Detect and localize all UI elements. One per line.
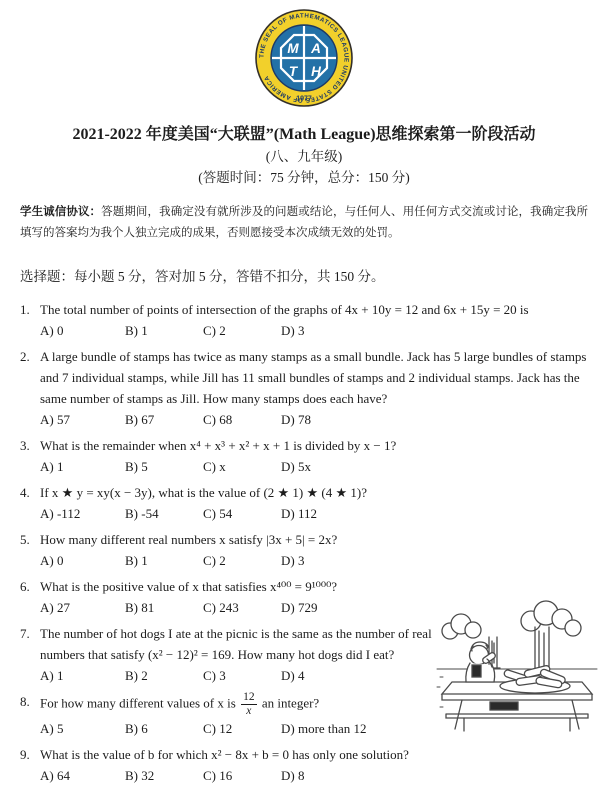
option-a: A) 27 bbox=[40, 597, 125, 618]
question-3: 3.What is the remainder when x⁴ + x³ + x… bbox=[20, 435, 588, 477]
options-row: A) -112 B) -54 C) 54 D) 112 bbox=[40, 503, 588, 524]
option-a: A) 0 bbox=[40, 550, 125, 571]
question-5: 5.How many different real numbers x sati… bbox=[20, 529, 588, 571]
option-d: D) 8 bbox=[281, 765, 588, 786]
cloud-left bbox=[442, 614, 481, 639]
fraction-numerator: 12 bbox=[241, 691, 257, 705]
option-d: D) 3 bbox=[281, 320, 588, 341]
option-a: A) 1 bbox=[40, 665, 125, 686]
picnic-hot-dogs-illustration bbox=[432, 597, 602, 737]
option-a: A) 1 bbox=[40, 456, 125, 477]
question-text: A large bundle of stamps has twice as ma… bbox=[40, 346, 588, 409]
question-text-before-fraction: For how many different values of x is bbox=[40, 695, 239, 710]
question-text: If x ★ y = xy(x − 3y), what is the value… bbox=[40, 482, 588, 503]
seal-letter-m: M bbox=[287, 41, 299, 56]
option-d: D) 112 bbox=[281, 503, 588, 524]
options-row: A) 57 B) 67 C) 68 D) 78 bbox=[40, 409, 588, 430]
option-c: C) 54 bbox=[203, 503, 281, 524]
option-c: C) 2 bbox=[203, 550, 281, 571]
seal-letter-a: A bbox=[310, 41, 321, 56]
options-row: A) 0 B) 1 C) 2 D) 3 bbox=[40, 550, 588, 571]
question-1: 1.The total number of points of intersec… bbox=[20, 299, 588, 341]
question-number: 7. bbox=[20, 623, 40, 665]
option-a: A) -112 bbox=[40, 503, 125, 524]
option-c: C) 2 bbox=[203, 320, 281, 341]
logo-wrap: THE SEAL OF MATHEMATICS LEAGUE UNITED ST… bbox=[20, 8, 588, 108]
question-text: What is the value of b for which x² − 8x… bbox=[40, 744, 588, 765]
question-number: 4. bbox=[20, 482, 40, 503]
option-c: C) x bbox=[203, 456, 281, 477]
integrity-text: 答题期间，我确定没有就所涉及的问题或结论，与任何人、用任何方式交流或讨论，我确定… bbox=[20, 206, 588, 239]
seal-year: 1977 bbox=[296, 96, 312, 103]
math-league-seal-icon: THE SEAL OF MATHEMATICS LEAGUE UNITED ST… bbox=[254, 8, 354, 108]
question-number: 3. bbox=[20, 435, 40, 456]
option-b: B) 1 bbox=[125, 320, 203, 341]
option-b: B) 5 bbox=[125, 456, 203, 477]
fraction-12-over-x: 12x bbox=[241, 691, 257, 718]
option-c: C) 3 bbox=[203, 665, 281, 686]
option-b: B) -54 bbox=[125, 503, 203, 524]
options-row: A) 64 B) 32 C) 16 D) 8 bbox=[40, 765, 588, 786]
option-b: B) 81 bbox=[125, 597, 203, 618]
option-b: B) 32 bbox=[125, 765, 203, 786]
question-text: The number of hot dogs I ate at the picn… bbox=[40, 623, 442, 665]
fraction-denominator: x bbox=[246, 705, 251, 718]
option-c: C) 68 bbox=[203, 409, 281, 430]
exam-title: 2021-2022 年度美国“大联盟”(Math League)思维探索第一阶段… bbox=[20, 124, 588, 146]
question-2: 2.A large bundle of stamps has twice as … bbox=[20, 346, 588, 430]
option-c: C) 243 bbox=[203, 597, 281, 618]
option-d: D) 5x bbox=[281, 456, 588, 477]
question-text: How many different real numbers x satisf… bbox=[40, 529, 588, 550]
question-text: The total number of points of intersecti… bbox=[40, 299, 588, 320]
option-a: A) 5 bbox=[40, 718, 125, 739]
question-text-after-fraction: an integer? bbox=[259, 695, 320, 710]
question-number: 8. bbox=[20, 691, 40, 718]
option-b: B) 67 bbox=[125, 409, 203, 430]
option-b: B) 6 bbox=[125, 718, 203, 739]
integrity-statement: 学生诚信协议：答题期间，我确定没有就所涉及的问题或结论，与任何人、用任何方式交流… bbox=[20, 202, 588, 244]
options-row: A) 0 B) 1 C) 2 D) 3 bbox=[40, 320, 588, 341]
integrity-label: 学生诚信协议： bbox=[20, 206, 101, 218]
question-4: 4.If x ★ y = xy(x − 3y), what is the val… bbox=[20, 482, 588, 524]
option-a: A) 64 bbox=[40, 765, 125, 786]
option-d: D) 78 bbox=[281, 409, 588, 430]
seal-letter-h: H bbox=[311, 64, 321, 79]
option-c: C) 16 bbox=[203, 765, 281, 786]
option-a: A) 57 bbox=[40, 409, 125, 430]
question-number: 2. bbox=[20, 346, 40, 409]
question-number: 6. bbox=[20, 576, 40, 597]
question-number: 9. bbox=[20, 744, 40, 765]
option-a: A) 0 bbox=[40, 320, 125, 341]
section-instructions: 选择题：每小题 5 分，答对加 5 分，答错不扣分，共 150 分。 bbox=[20, 265, 588, 285]
question-text: What is the remainder when x⁴ + x³ + x² … bbox=[40, 435, 588, 456]
grade-line: (八、九年级) bbox=[20, 146, 588, 167]
option-b: B) 1 bbox=[125, 550, 203, 571]
question-number: 5. bbox=[20, 529, 40, 550]
option-d: D) 3 bbox=[281, 550, 588, 571]
cloud-right bbox=[521, 601, 581, 636]
question-text: What is the positive value of x that sat… bbox=[40, 576, 588, 597]
option-b: B) 2 bbox=[125, 665, 203, 686]
question-9: 9.What is the value of b for which x² − … bbox=[20, 744, 588, 786]
question-number: 1. bbox=[20, 299, 40, 320]
options-row: A) 1 B) 5 C) x D) 5x bbox=[40, 456, 588, 477]
time-score-line: (答题时间：75 分钟，总分：150 分) bbox=[20, 167, 588, 188]
option-c: C) 12 bbox=[203, 718, 281, 739]
